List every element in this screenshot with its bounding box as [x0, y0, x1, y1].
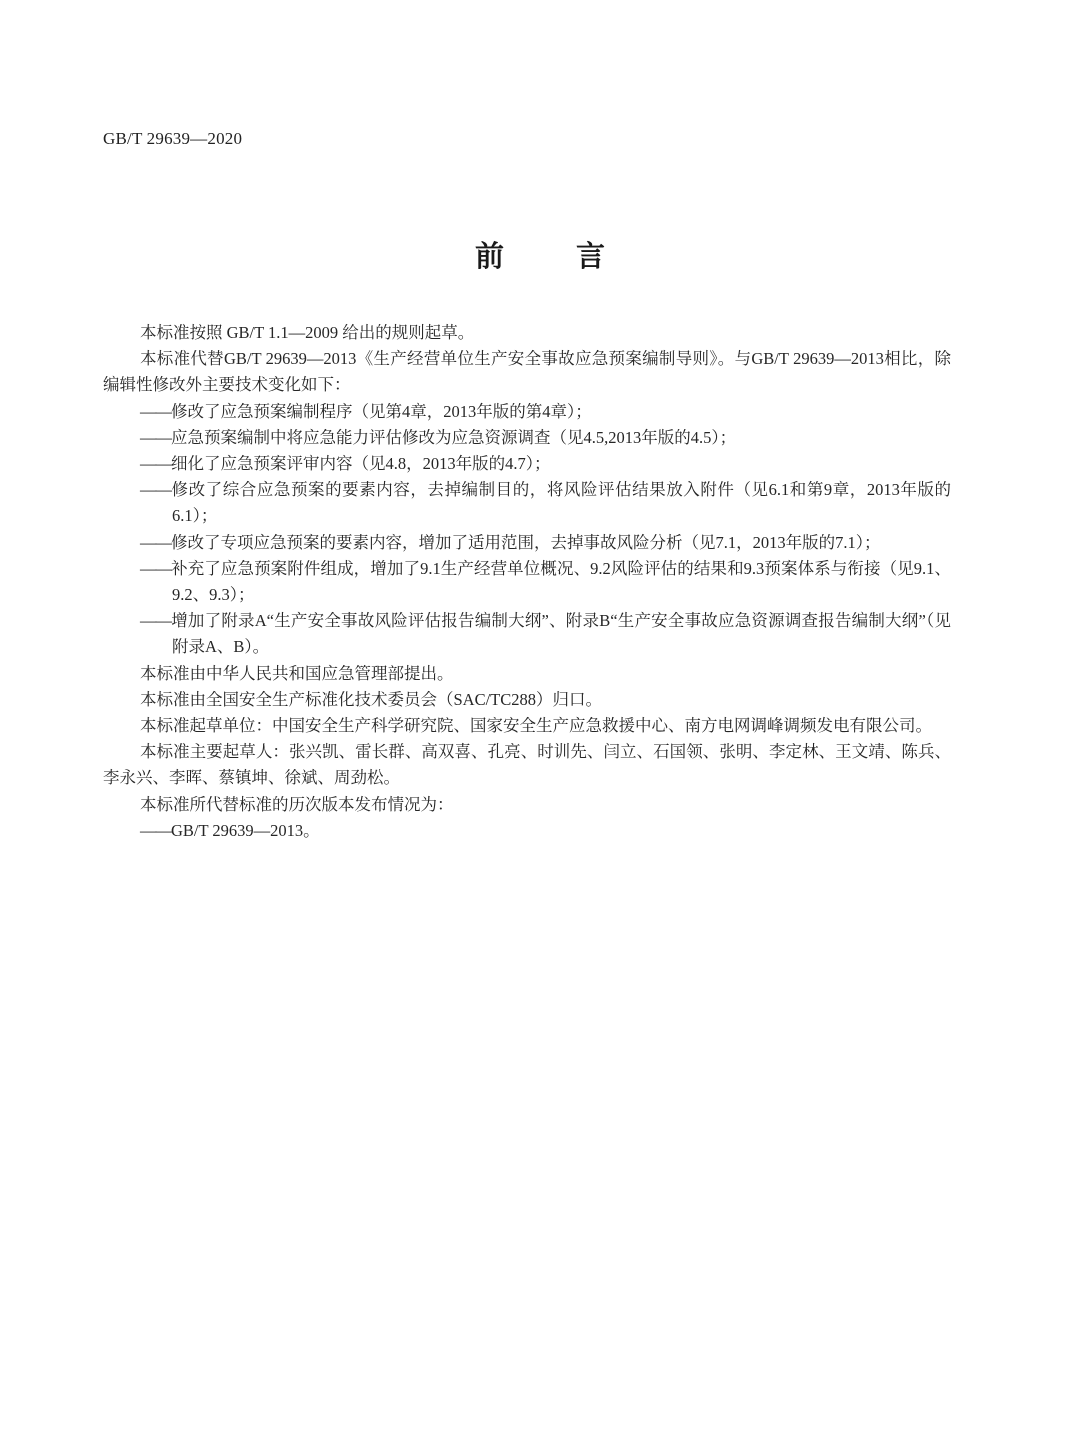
dash-marker: —— — [140, 559, 171, 578]
foreword-body: 本标准按照 GB/T 1.1—2009 给出的规则起草。 本标准代替GB/T 2… — [103, 320, 951, 844]
dash-marker: —— — [140, 428, 171, 447]
dash-marker: —— — [140, 821, 171, 840]
change-item: ——增加了附录A“生产安全事故风险评估报告编制大纲”、附录B“生产安全事故应急资… — [103, 608, 951, 660]
dash-marker: —— — [140, 533, 171, 552]
previous-version-text: GB/T 29639—2013。 — [171, 821, 320, 840]
change-text: 修改了应急预案编制程序（见第4章，2013年版的第4章）； — [171, 402, 592, 421]
paragraph-committee: 本标准由全国安全生产标准化技术委员会（SAC/TC288）归口。 — [103, 687, 951, 713]
paragraph-drafting-units: 本标准起草单位：中国安全生产科学研究院、国家安全生产应急救援中心、南方电网调峰调… — [103, 713, 951, 739]
dash-marker: —— — [140, 454, 171, 473]
paragraph-drafters: 本标准主要起草人：张兴凯、雷长群、高双喜、孔亮、时训先、闫立、石国领、张明、李定… — [103, 739, 951, 791]
change-text: 补充了应急预案附件组成，增加了9.1生产经营单位概况、9.2风险评估的结果和9.… — [171, 559, 951, 604]
change-text: 细化了应急预案评审内容（见4.8，2013年版的4.7）； — [171, 454, 551, 473]
document-code: GB/T 29639—2020 — [103, 129, 242, 149]
title-char-2: 言 — [576, 239, 605, 273]
change-text: 修改了综合应急预案的要素内容，去掉编制目的，将风险评估结果放入附件（见6.1和第… — [171, 480, 951, 525]
change-text: 增加了附录A“生产安全事故风险评估报告编制大纲”、附录B“生产安全事故应急资源调… — [171, 611, 951, 656]
change-text: 应急预案编制中将应急能力评估修改为应急资源调查（见4.5,2013年版的4.5）… — [171, 428, 736, 447]
change-item: ——修改了应急预案编制程序（见第4章，2013年版的第4章）； — [103, 399, 951, 425]
change-text: 修改了专项应急预案的要素内容，增加了适用范围，去掉事故风险分析（见7.1，201… — [171, 533, 881, 552]
previous-version-item: ——GB/T 29639—2013。 — [103, 818, 951, 844]
paragraph-previous-versions: 本标准所代替标准的历次版本发布情况为： — [103, 792, 951, 818]
paragraph-proposer: 本标准由中华人民共和国应急管理部提出。 — [103, 661, 951, 687]
dash-marker: —— — [140, 402, 171, 421]
paragraph-replacement: 本标准代替GB/T 29639—2013《生产经营单位生产安全事故应急预案编制导… — [103, 346, 951, 398]
title-char-1: 前 — [475, 239, 504, 273]
page-title: 前言 — [0, 234, 1080, 275]
change-item: ——修改了专项应急预案的要素内容，增加了适用范围，去掉事故风险分析（见7.1，2… — [103, 530, 951, 556]
dash-marker: —— — [140, 480, 171, 499]
change-item: ——补充了应急预案附件组成，增加了9.1生产经营单位概况、9.2风险评估的结果和… — [103, 556, 951, 608]
paragraph-drafting-rules: 本标准按照 GB/T 1.1—2009 给出的规则起草。 — [103, 320, 951, 346]
change-item: ——修改了综合应急预案的要素内容，去掉编制目的，将风险评估结果放入附件（见6.1… — [103, 477, 951, 529]
change-item: ——应急预案编制中将应急能力评估修改为应急资源调查（见4.5,2013年版的4.… — [103, 425, 951, 451]
dash-marker: —— — [140, 611, 171, 630]
change-item: ——细化了应急预案评审内容（见4.8，2013年版的4.7）； — [103, 451, 951, 477]
